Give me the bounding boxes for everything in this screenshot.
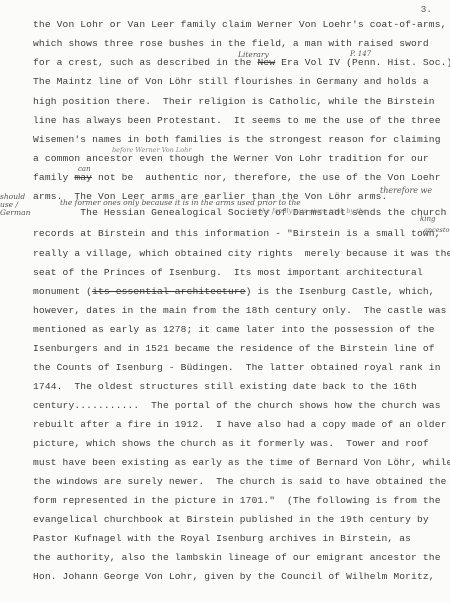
text-line: the windows are surely newer. The church… [33,476,447,487]
handwritten-can: can [78,165,91,173]
text-line: form represented in the picture in 1701.… [33,495,441,506]
handwritten-page-ref: P. 147 [350,50,371,58]
text-line: rebuilt after a fire in 1912. I have als… [33,419,447,430]
handwritten-insertion: before Werner Von Lohr [112,146,191,154]
handwritten-margin-line-3: as the family was given rank by the [250,207,367,215]
handwritten-literary: Literary [238,50,269,59]
text-line: records at Birstein and this information… [33,228,441,239]
text-line: picture, which shows the church as it fo… [33,438,429,449]
text-line: seat of the Princes of Isenburg. Its mos… [33,267,423,278]
text-line: Pastor Kufnagel with the Royal Isenburg … [33,533,411,544]
text-line: line has always been Protestant. It seem… [33,115,441,126]
text-line: 1744. The oldest structures still existi… [33,381,417,392]
handwritten-margin-line-1: therefore we [380,186,432,195]
text-line: the Von Lohr or Van Leer family claim We… [33,19,447,30]
text-line: Hon. Johann George Von Lohr, given by th… [33,571,435,582]
handwritten-margin-right-1: king [420,215,435,223]
text-line: the authority, also the lambskin lineage… [33,552,441,563]
text-line: Wisemen's names in both families is the … [33,134,441,145]
text-line: evangelical churchbook at Birstein publi… [33,514,429,525]
handwritten-margin-left: should use / German [0,193,30,217]
handwritten-margin-right-2: ancestor [424,226,450,234]
text-line: century........... The portal of the chu… [33,400,441,411]
text-line: Isenburgers and in 1521 became the resid… [33,343,435,354]
text-line: must have been existing as early as the … [33,457,450,468]
text-line: mentioned as early as 1278; it came late… [33,324,435,335]
page-number: 3. [421,4,432,15]
handwritten-margin-line-2: the former ones only because it is in th… [60,198,301,207]
text-line: which shows three rose bushes in the fie… [33,38,429,49]
text-line: a common ancestor even though the Werner… [33,153,429,164]
text-line: however, dates in the main from the 18th… [33,305,447,316]
text-line: The Maintz line of Von Löhr still flouri… [33,76,429,87]
text-line: high position there. Their religion is C… [33,96,435,107]
text-line: family may not be authentic nor, therefo… [33,172,441,183]
text-line: really a village, which obtained city ri… [33,248,450,259]
text-line: monument (its essential architecture) is… [33,286,435,297]
text-line: the Counts of Isenburg - Büdingen. The l… [33,362,441,373]
text-line: The Hessian Genealogical Society of Darm… [33,207,447,218]
